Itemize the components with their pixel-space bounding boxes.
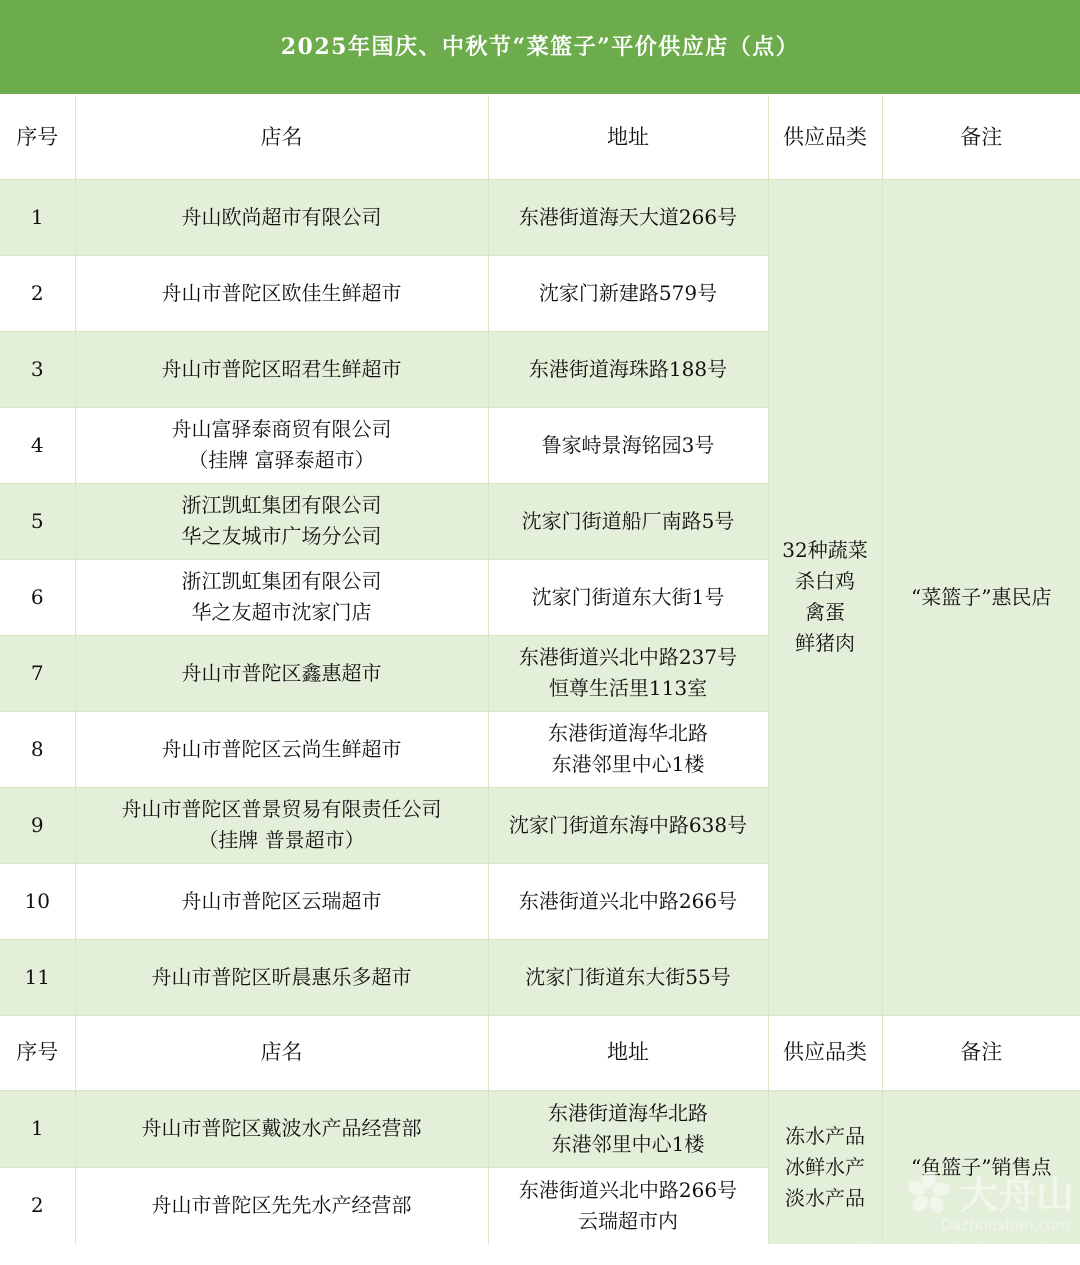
cell-store-name: 舟山市普陀区云尚生鲜超市 [75,711,488,787]
supply-line: 32种蔬菜 [773,535,878,566]
address-line: 东港邻里中心1楼 [493,1129,764,1160]
address-line: 东港街道海天大道266号 [493,202,764,233]
cell-serial: 2 [0,255,75,331]
cell-serial: 3 [0,331,75,407]
col-header-no: 序号 [0,1015,75,1090]
store-name-line: 舟山市普陀区云尚生鲜超市 [80,734,484,765]
cell-serial: 10 [0,863,75,939]
address-line: 东港街道海华北路 [493,1098,764,1129]
store-name-line: 舟山市普陀区昭君生鲜超市 [80,354,484,385]
address-line: 沈家门街道东大街1号 [493,582,764,613]
address-line: 东港街道海华北路 [493,718,764,749]
store-name-line: 华之友城市广场分公司 [80,521,484,552]
col-header-remark: 备注 [882,1015,1080,1090]
store-name-line: 浙江凯虹集团有限公司 [80,490,484,521]
address-line: 东港街道海珠路188号 [493,354,764,385]
col-header-supply: 供应品类 [768,1015,882,1090]
store-name-line: 舟山欧尚超市有限公司 [80,202,484,233]
cell-serial: 9 [0,787,75,863]
col-header-addr: 地址 [488,1015,768,1090]
cell-remark-merged: “菜篮子”惠民店 [882,179,1080,1015]
cell-address: 东港街道兴北中路266号 云瑞超市内 [488,1167,768,1244]
cell-supply-category-merged: 冻水产品 冰鲜水产 淡水产品 [768,1090,882,1244]
cell-store-name: 舟山市普陀区先先水产经营部 [75,1167,488,1244]
address-line: 东港街道兴北中路237号 [493,642,764,673]
cell-address: 沈家门街道东大街55号 [488,939,768,1015]
address-line: 沈家门街道东海中路638号 [493,810,764,841]
fair-price-store-table: 2025年国庆、中秋节“菜篮子”平价供应店（点） 序号 店名 地址 供应品类 备… [0,0,1080,1244]
store-name-line: 舟山市普陀区戴波水产品经营部 [80,1113,484,1144]
col-header-name: 店名 [75,95,488,179]
store-name-line: 舟山市普陀区先先水产经营部 [80,1190,484,1221]
store-name-line: 华之友超市沈家门店 [80,597,484,628]
cell-address: 东港街道海天大道266号 [488,179,768,255]
address-line: 云瑞超市内 [493,1206,764,1237]
store-name-line: （挂牌 富驿泰超市） [80,445,484,476]
address-line: 东港邻里中心1楼 [493,749,764,780]
cell-serial: 11 [0,939,75,1015]
cell-remark-merged: “鱼篮子”销售点 [882,1090,1080,1244]
cell-serial: 1 [0,1090,75,1167]
cell-address: 沈家门街道东大街1号 [488,559,768,635]
cell-store-name: 舟山富驿泰商贸有限公司 （挂牌 富驿泰超市） [75,407,488,483]
store-name-line: 舟山富驿泰商贸有限公司 [80,414,484,445]
cell-address: 东港街道兴北中路266号 [488,863,768,939]
address-line: 沈家门街道东大街55号 [493,962,764,993]
cell-address: 东港街道海华北路 东港邻里中心1楼 [488,1090,768,1167]
cell-serial: 8 [0,711,75,787]
cell-store-name: 舟山市普陀区普景贸易有限责任公司 （挂牌 普景超市） [75,787,488,863]
address-line: 沈家门街道船厂南路5号 [493,506,764,537]
cell-store-name: 舟山欧尚超市有限公司 [75,179,488,255]
store-name-line: 舟山市普陀区普景贸易有限责任公司 [80,794,484,825]
col-header-addr: 地址 [488,95,768,179]
col-header-no: 序号 [0,95,75,179]
cell-supply-category-merged: 32种蔬菜 杀白鸡 禽蛋 鲜猪肉 [768,179,882,1015]
supply-line: 淡水产品 [773,1183,878,1214]
page-title: 2025年国庆、中秋节“菜篮子”平价供应店（点） [0,0,1080,95]
cell-store-name: 舟山市普陀区昭君生鲜超市 [75,331,488,407]
cell-serial: 2 [0,1167,75,1244]
store-name-line: （挂牌 普景超市） [80,825,484,856]
cell-serial: 6 [0,559,75,635]
table-row: 1 舟山欧尚超市有限公司 东港街道海天大道266号 32种蔬菜 杀白鸡 禽蛋 鲜… [0,179,1080,255]
supply-line: 鲜猪肉 [773,628,878,659]
supply-line: 冰鲜水产 [773,1152,878,1183]
store-name-line: 舟山市普陀区昕晨惠乐多超市 [80,962,484,993]
table-row: 1 舟山市普陀区戴波水产品经营部 东港街道海华北路 东港邻里中心1楼 冻水产品 … [0,1090,1080,1167]
address-line: 东港街道兴北中路266号 [493,886,764,917]
col-header-remark: 备注 [882,95,1080,179]
col-header-name: 店名 [75,1015,488,1090]
cell-address: 东港街道海华北路 东港邻里中心1楼 [488,711,768,787]
store-name-line: 浙江凯虹集团有限公司 [80,566,484,597]
cell-serial: 5 [0,483,75,559]
address-line: 鲁家峙景海铭园3号 [493,430,764,461]
store-name-line: 舟山市普陀区鑫惠超市 [80,658,484,689]
col-header-supply: 供应品类 [768,95,882,179]
address-line: 恒尊生活里113室 [493,673,764,704]
cell-store-name: 浙江凯虹集团有限公司 华之友超市沈家门店 [75,559,488,635]
address-line: 沈家门新建路579号 [493,278,764,309]
cell-serial: 7 [0,635,75,711]
cell-serial: 4 [0,407,75,483]
cell-store-name: 浙江凯虹集团有限公司 华之友城市广场分公司 [75,483,488,559]
section1-header-row: 序号 店名 地址 供应品类 备注 [0,95,1080,179]
address-line: 东港街道兴北中路266号 [493,1175,764,1206]
section2-header-row: 序号 店名 地址 供应品类 备注 [0,1015,1080,1090]
cell-store-name: 舟山市普陀区云瑞超市 [75,863,488,939]
store-name-line: 舟山市普陀区欧佳生鲜超市 [80,278,484,309]
cell-address: 鲁家峙景海铭园3号 [488,407,768,483]
supply-line: 禽蛋 [773,597,878,628]
cell-address: 东港街道海珠路188号 [488,331,768,407]
cell-address: 沈家门街道东海中路638号 [488,787,768,863]
store-name-line: 舟山市普陀区云瑞超市 [80,886,484,917]
cell-store-name: 舟山市普陀区鑫惠超市 [75,635,488,711]
cell-store-name: 舟山市普陀区戴波水产品经营部 [75,1090,488,1167]
cell-address: 东港街道兴北中路237号 恒尊生活里113室 [488,635,768,711]
cell-address: 沈家门街道船厂南路5号 [488,483,768,559]
cell-serial: 1 [0,179,75,255]
supply-line: 杀白鸡 [773,566,878,597]
supply-line: 冻水产品 [773,1121,878,1152]
title-banner-row: 2025年国庆、中秋节“菜篮子”平价供应店（点） [0,0,1080,95]
cell-address: 沈家门新建路579号 [488,255,768,331]
cell-store-name: 舟山市普陀区欧佳生鲜超市 [75,255,488,331]
cell-store-name: 舟山市普陀区昕晨惠乐多超市 [75,939,488,1015]
